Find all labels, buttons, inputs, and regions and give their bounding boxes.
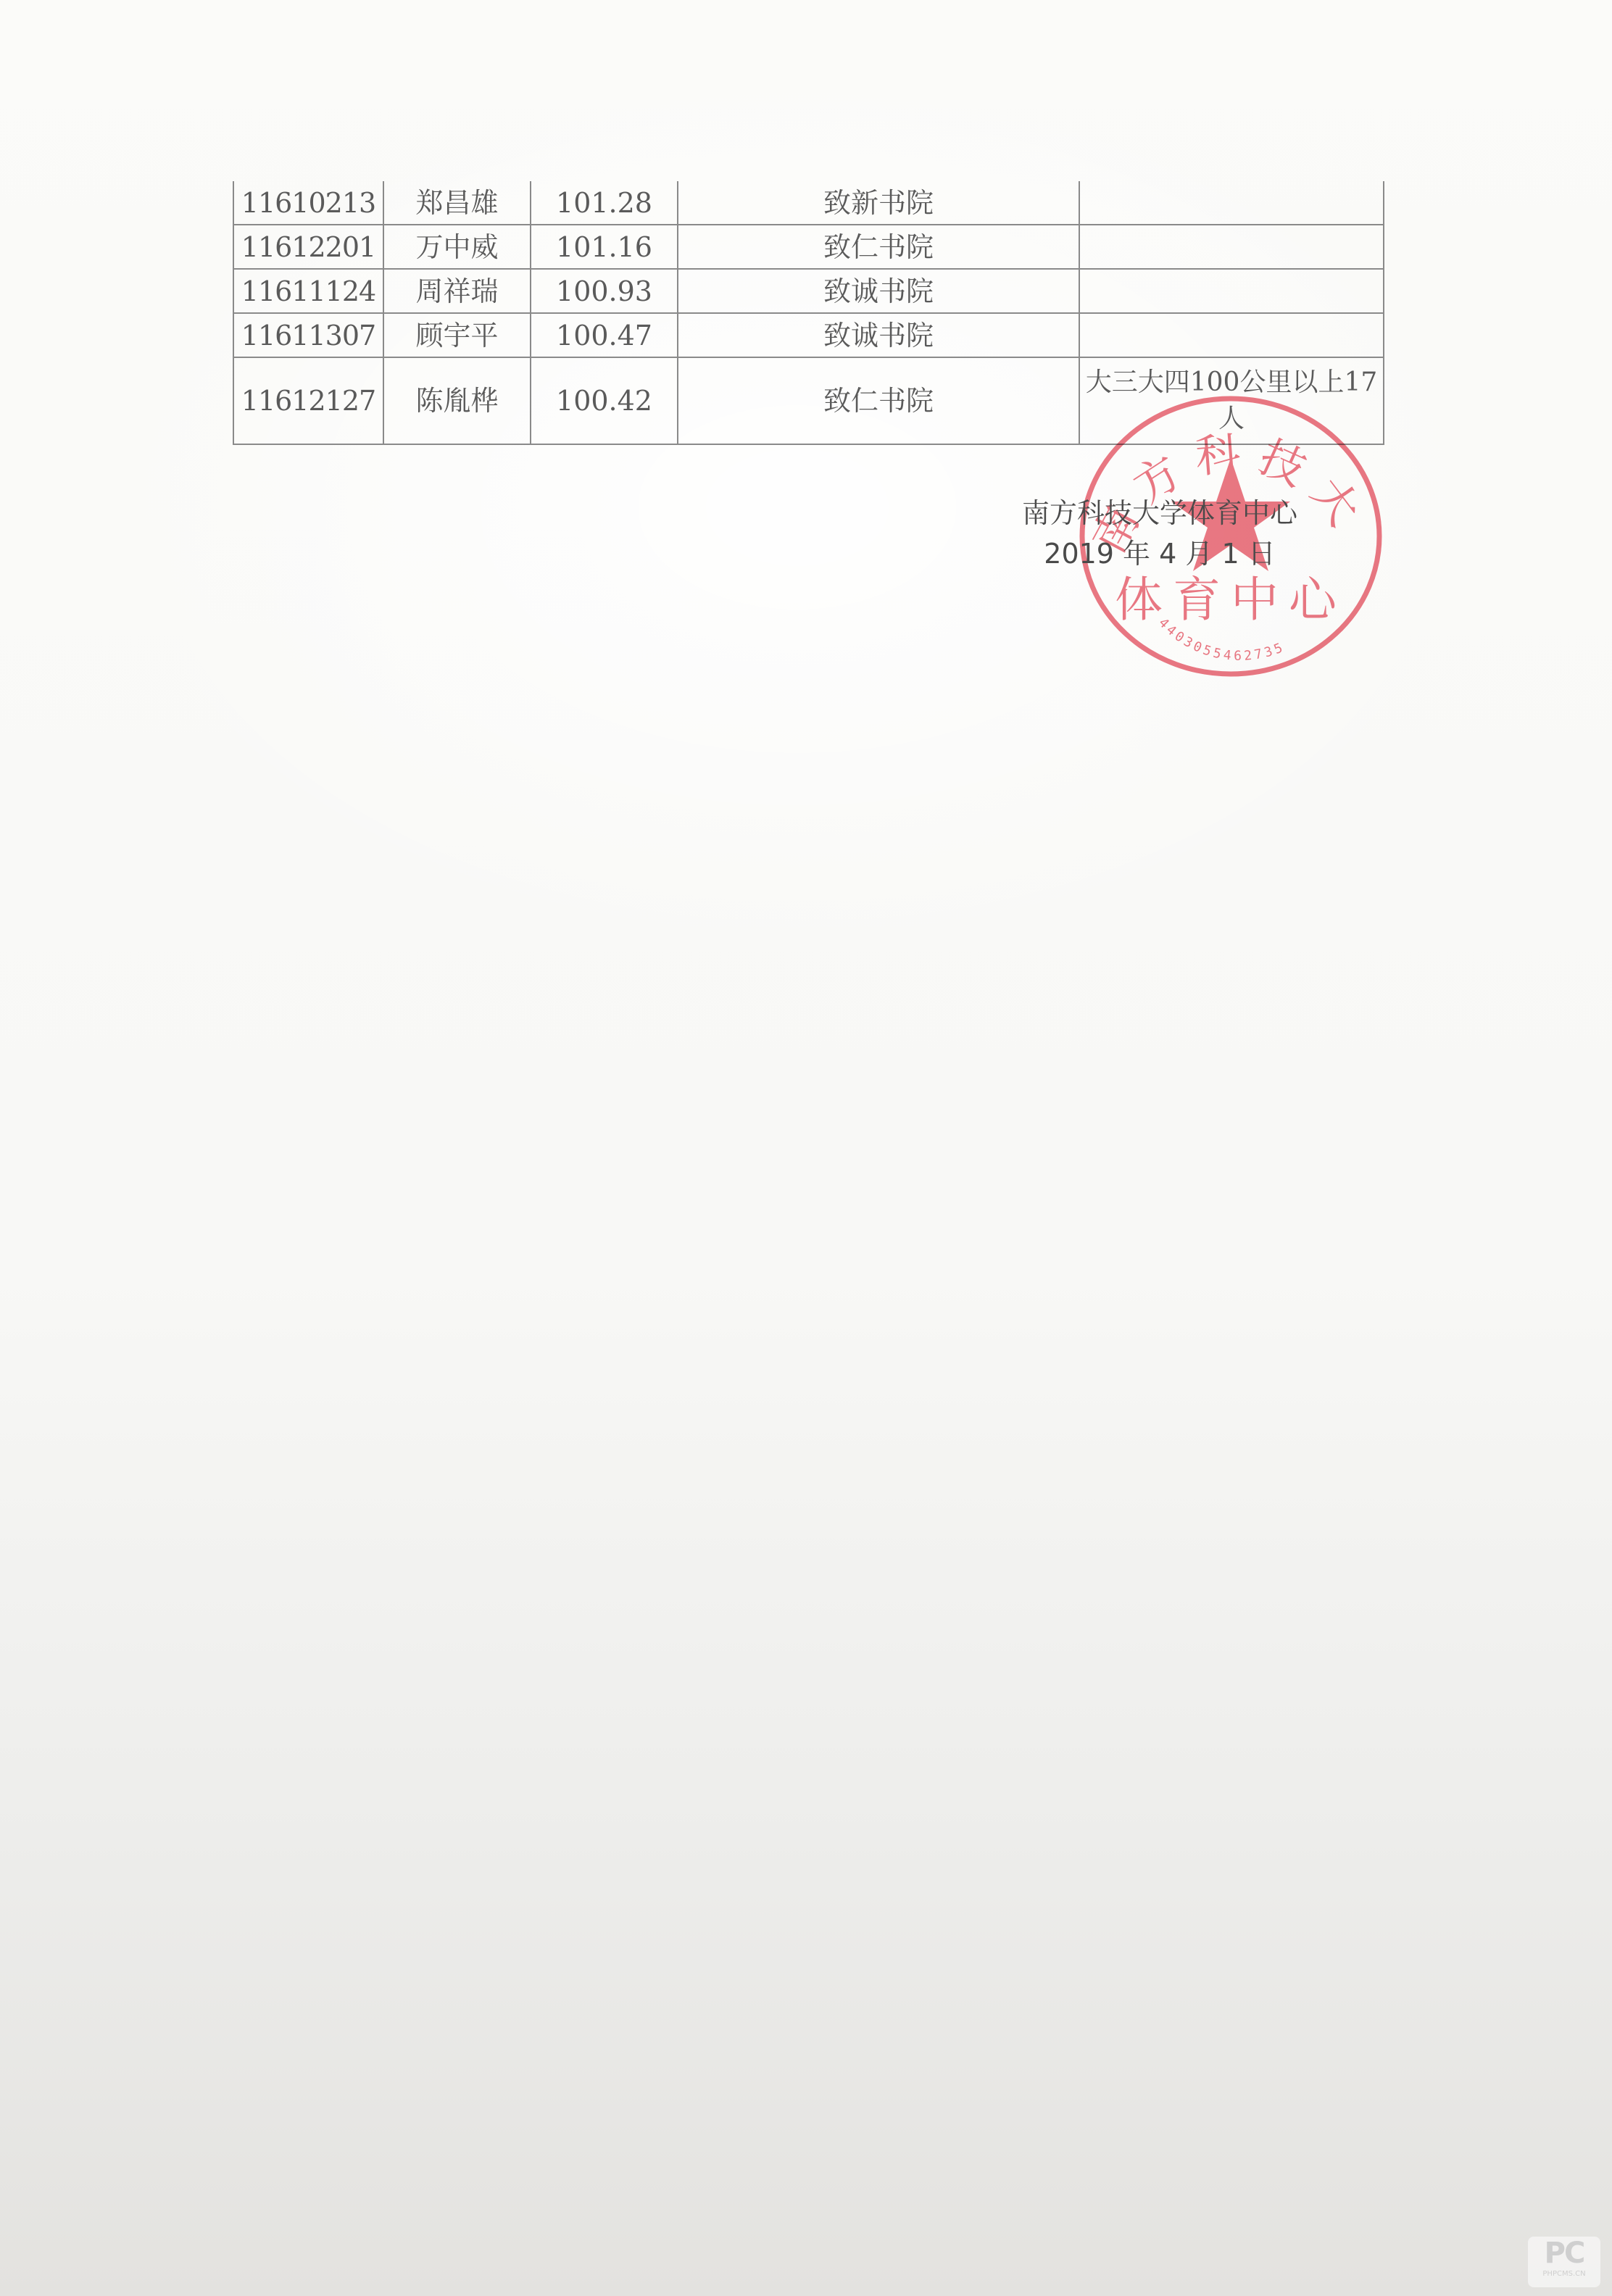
note-cell	[1079, 181, 1384, 225]
name-cell: 顾宇平	[383, 313, 531, 357]
student-id-cell: 11612201	[233, 225, 383, 269]
student-id-cell: 11612127	[233, 357, 383, 444]
distance-cell: 101.28	[531, 181, 678, 225]
college-cell: 致仁书院	[678, 225, 1079, 269]
name-cell: 周祥瑞	[383, 269, 531, 313]
note-cell	[1079, 313, 1384, 357]
college-cell: 致仁书院	[678, 357, 1079, 444]
student-id-cell: 11611124	[233, 269, 383, 313]
table-row: 11611307 顾宇平 100.47 致诚书院	[233, 313, 1384, 357]
college-cell: 致新书院	[678, 181, 1079, 225]
distance-cell: 101.16	[531, 225, 678, 269]
name-cell: 万中威	[383, 225, 531, 269]
watermark-logo: PC PHPCMS.CN	[1528, 2237, 1600, 2287]
signature-block: 南方科技大学体育中心 2019 年 4 月 1 日	[986, 493, 1334, 574]
watermark-text: PHPCMS.CN	[1528, 2270, 1600, 2279]
distance-cell: 100.42	[531, 357, 678, 444]
distance-cell: 100.93	[531, 269, 678, 313]
pc-logo-icon: PC	[1528, 2237, 1600, 2270]
table-row: 11611124 周祥瑞 100.93 致诚书院	[233, 269, 1384, 313]
name-cell: 郑昌雄	[383, 181, 531, 225]
student-id-cell: 11610213	[233, 181, 383, 225]
name-cell: 陈胤桦	[383, 357, 531, 444]
college-cell: 致诚书院	[678, 313, 1079, 357]
note-cell	[1079, 225, 1384, 269]
note-cell	[1079, 269, 1384, 313]
distance-cell: 100.47	[531, 313, 678, 357]
college-cell: 致诚书院	[678, 269, 1079, 313]
seal-bottom-text: 体育中心	[1115, 572, 1347, 628]
table-row: 11610213 郑昌雄 101.28 致新书院	[233, 181, 1384, 225]
student-id-cell: 11611307	[233, 313, 383, 357]
issuing-organization: 南方科技大学体育中心	[986, 493, 1334, 533]
table-row: 11612201 万中威 101.16 致仁书院	[233, 225, 1384, 269]
issue-date: 2019 年 4 月 1 日	[986, 533, 1334, 574]
